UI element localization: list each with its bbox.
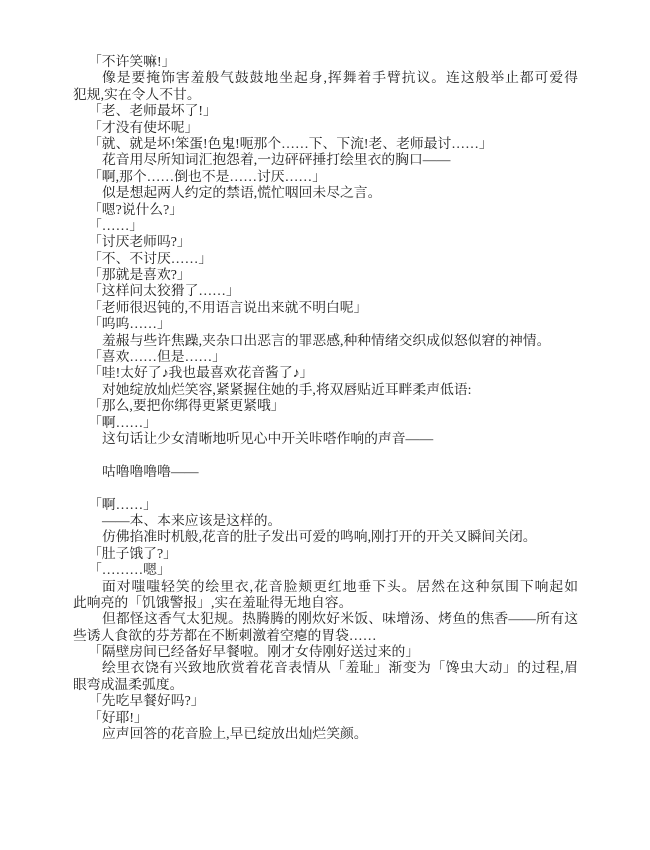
- narration-continuation-line: 些诱人食欲的芬芳都在不断刺激着空瘪的胃袋……: [73, 628, 578, 644]
- narration-line: 应声回答的花音脸上,早已绽放出灿烂笑颜。: [73, 726, 578, 742]
- dialogue-line: 「先吃早餐好吗?」: [73, 693, 578, 709]
- narration-paragraph: ——本、本来应该是这样的。: [73, 513, 578, 529]
- blank-line: [73, 447, 578, 463]
- dialogue-paragraph: 「就、就是坏!笨蛋!色鬼!呃那个……下、下流!老、老师最讨……」: [73, 136, 578, 152]
- dialogue-paragraph: 「那么,要把你绑得更紧更紧哦」: [73, 398, 578, 414]
- narration-line: 仿佛掐准时机般,花音的肚子发出可爱的鸣响,刚打开的开关又瞬间关闭。: [73, 529, 578, 545]
- narration-line: 花音用尽所知词汇抱怨着,一边砰砰捶打绘里衣的胸口——: [73, 152, 578, 168]
- narration-paragraph: 花音用尽所知词汇抱怨着,一边砰砰捶打绘里衣的胸口——: [73, 152, 578, 168]
- dialogue-line: 「就、就是坏!笨蛋!色鬼!呃那个……下、下流!老、老师最讨……」: [73, 136, 578, 152]
- dialogue-line: 「那么,要把你绑得更紧更紧哦」: [73, 398, 578, 414]
- document-page: 「不许笑嘛!」 像是要掩饰害羞般气鼓鼓地坐起身,挥舞着手臂抗议。连这般举止都可爱…: [73, 54, 578, 742]
- dialogue-paragraph: 「肚子饿了?」: [73, 546, 578, 562]
- narration-continuation-line: 眼弯成温柔弧度。: [73, 677, 578, 693]
- dialogue-line: 「啊,那个……倒也不是……讨厌……」: [73, 169, 578, 185]
- dialogue-paragraph: 「………嗯」: [73, 562, 578, 578]
- narration-line: 对她绽放灿烂笑容,紧紧握住她的手,将双唇贴近耳畔柔声低语:: [73, 382, 578, 398]
- dialogue-line: 「啊……」: [73, 415, 578, 431]
- dialogue-line: 「讨厌老师吗?」: [73, 234, 578, 250]
- dialogue-paragraph: 「哇!太好了♪我也最喜欢花音酱了♪」: [73, 365, 578, 381]
- dialogue-paragraph: 「不许笑嘛!」: [73, 54, 578, 70]
- narration-line: 羞赧与些许焦躁,夹杂口出恶言的罪恶感,种种情绪交织成似怒似窘的神情。: [73, 333, 578, 349]
- dialogue-paragraph: 「讨厌老师吗?」: [73, 234, 578, 250]
- narration-paragraph: 应声回答的花音脸上,早已绽放出灿烂笑颜。: [73, 726, 578, 742]
- narration-paragraph: 似是想起两人约定的禁语,慌忙咽回未尽之言。: [73, 185, 578, 201]
- dialogue-line: 「老、老师最坏了!」: [73, 103, 578, 119]
- dialogue-line: 「嗯?说什么?」: [73, 202, 578, 218]
- dialogue-paragraph: 「啊……」: [73, 497, 578, 513]
- sound-effect-line: 咕噜噜噜噜——: [73, 464, 578, 480]
- dialogue-paragraph: 「好耶!」: [73, 710, 578, 726]
- dialogue-paragraph: 「啊……」: [73, 415, 578, 431]
- dialogue-paragraph: 「呜呜……」: [73, 316, 578, 332]
- narration-paragraph: 面对嗤嗤轻笑的绘里衣,花音脸颊更红地垂下头。居然在这种氛围下响起如 此响亮的「饥…: [73, 579, 578, 612]
- dialogue-line: 「啊……」: [73, 497, 578, 513]
- dialogue-paragraph: 「嗯?说什么?」: [73, 202, 578, 218]
- narration-continuation-line: 犯规,实在令人不甘。: [73, 87, 578, 103]
- narration-continuation-line: 此响亮的「饥饿警报」,实在羞耻得无地自容。: [73, 595, 578, 611]
- dialogue-line: 「好耶!」: [73, 710, 578, 726]
- dialogue-line: 「肚子饿了?」: [73, 546, 578, 562]
- dialogue-line: 「不许笑嘛!」: [73, 54, 578, 70]
- dialogue-line: 「老师很迟钝的,不用语言说出来就不明白呢」: [73, 300, 578, 316]
- dialogue-paragraph: 「啊,那个……倒也不是……讨厌……」: [73, 169, 578, 185]
- narration-line: 像是要掩饰害羞般气鼓鼓地坐起身,挥舞着手臂抗议。连这般举止都可爱得: [73, 70, 578, 86]
- narration-paragraph: 但都怪这香气太犯规。热腾腾的刚炊好米饭、味增汤、烤鱼的焦香——所有这 些诱人食欲…: [73, 611, 578, 644]
- narration-line: ——本、本来应该是这样的。: [73, 513, 578, 529]
- dialogue-line: 「隔壁房间已经备好早餐啦。刚才女侍刚好送过来的」: [73, 644, 578, 660]
- dialogue-line: 「才没有使坏呢」: [73, 120, 578, 136]
- dialogue-line: 「哇!太好了♪我也最喜欢花音酱了♪」: [73, 365, 578, 381]
- dialogue-paragraph: 「老师很迟钝的,不用语言说出来就不明白呢」: [73, 300, 578, 316]
- dialogue-paragraph: 「老、老师最坏了!」: [73, 103, 578, 119]
- dialogue-line: 「呜呜……」: [73, 316, 578, 332]
- dialogue-paragraph: 「这样问太狡猾了……」: [73, 283, 578, 299]
- narration-paragraph: 这句话让少女清晰地听见心中开关咔嗒作响的声音——: [73, 431, 578, 447]
- narration-line: 绘里衣饶有兴致地欣赏着花音表情从「羞耻」渐变为「馋虫大动」的过程,眉: [73, 660, 578, 676]
- narration-paragraph: 像是要掩饰害羞般气鼓鼓地坐起身,挥舞着手臂抗议。连这般举止都可爱得 犯规,实在令…: [73, 70, 578, 103]
- narration-line: 面对嗤嗤轻笑的绘里衣,花音脸颊更红地垂下头。居然在这种氛围下响起如: [73, 579, 578, 595]
- narration-paragraph: 羞赧与些许焦躁,夹杂口出恶言的罪恶感,种种情绪交织成似怒似窘的神情。: [73, 333, 578, 349]
- dialogue-paragraph: 「隔壁房间已经备好早餐啦。刚才女侍刚好送过来的」: [73, 644, 578, 660]
- narration-paragraph: 对她绽放灿烂笑容,紧紧握住她的手,将双唇贴近耳畔柔声低语:: [73, 382, 578, 398]
- sound-effect-paragraph: 咕噜噜噜噜——: [73, 464, 578, 480]
- dialogue-line: 「不、不讨厌……」: [73, 251, 578, 267]
- dialogue-paragraph: 「喜欢……但是……」: [73, 349, 578, 365]
- dialogue-paragraph: 「不、不讨厌……」: [73, 251, 578, 267]
- dialogue-line: 「………嗯」: [73, 562, 578, 578]
- dialogue-line: 「这样问太狡猾了……」: [73, 283, 578, 299]
- blank-line: [73, 480, 578, 496]
- narration-line: 似是想起两人约定的禁语,慌忙咽回未尽之言。: [73, 185, 578, 201]
- dialogue-paragraph: 「那就是喜欢?」: [73, 267, 578, 283]
- dialogue-paragraph: 「先吃早餐好吗?」: [73, 693, 578, 709]
- narration-paragraph: 仿佛掐准时机般,花音的肚子发出可爱的鸣响,刚打开的开关又瞬间关闭。: [73, 529, 578, 545]
- dialogue-paragraph: 「……」: [73, 218, 578, 234]
- dialogue-line: 「那就是喜欢?」: [73, 267, 578, 283]
- narration-line: 这句话让少女清晰地听见心中开关咔嗒作响的声音——: [73, 431, 578, 447]
- dialogue-paragraph: 「才没有使坏呢」: [73, 120, 578, 136]
- dialogue-line: 「……」: [73, 218, 578, 234]
- narration-paragraph: 绘里衣饶有兴致地欣赏着花音表情从「羞耻」渐变为「馋虫大动」的过程,眉 眼弯成温柔…: [73, 660, 578, 693]
- narration-line: 但都怪这香气太犯规。热腾腾的刚炊好米饭、味增汤、烤鱼的焦香——所有这: [73, 611, 578, 627]
- dialogue-line: 「喜欢……但是……」: [73, 349, 578, 365]
